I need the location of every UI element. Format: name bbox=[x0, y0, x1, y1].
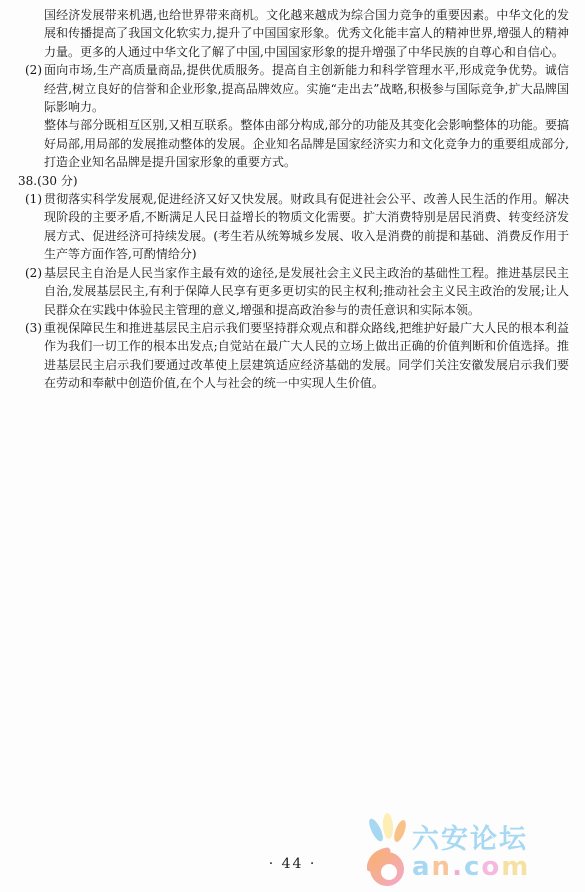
question-38-heading: 38.(30 分) bbox=[18, 172, 569, 190]
watermark-domain: an.com bbox=[412, 854, 530, 881]
q38-answer-paragraph-2: (2)基层民主自治是人民当家作主最有效的途径,是发展社会主义民主政治的基础性工程… bbox=[18, 264, 569, 319]
q38-answer-paragraph-3: (3)重视保障民生和推进基层民主启示我们要坚持群众观点和群众路线,把维护好最广大… bbox=[18, 319, 569, 393]
answer-marker: (1) bbox=[25, 190, 42, 208]
answer-marker: 38. bbox=[18, 174, 37, 188]
watermark-domain-letter: m bbox=[501, 852, 530, 882]
finger-yellow-icon bbox=[382, 813, 394, 839]
answer-text: 重视保障民生和推进基层民主启示我们要坚持群众观点和群众路线,把维护好最广大人民的… bbox=[44, 321, 569, 390]
six-ring-hole bbox=[381, 864, 397, 880]
watermark: 六安论坛 an.com bbox=[367, 813, 530, 891]
exam-answer-page: 国经济发展带来机遇,也给世界带来商机。文化越来越成为综合国力竞争的重要因素。中华… bbox=[0, 0, 585, 892]
answers-text-block: 国经济发展带来机遇,也给世界带来商机。文化越来越成为综合国力竞争的重要因素。中华… bbox=[18, 6, 569, 393]
watermark-domain-letter: c bbox=[464, 852, 481, 882]
watermark-site-name: 六安论坛 bbox=[412, 825, 530, 854]
answer-paragraph-2: (2)面向市场,生产高质量商品,提供优质服务。提高自主创新能力和科学管理水平,形… bbox=[18, 61, 569, 116]
answer-marker: (2) bbox=[25, 264, 42, 282]
answer-text: 贯彻落实科学发展观,促进经济又好又快发展。财政具有促进社会公平、改善人民生活的作… bbox=[44, 192, 569, 261]
answer-text: 基层民主自治是人民当家作主最有效的途径,是发展社会主义民主政治的基础性工程。推进… bbox=[44, 266, 569, 317]
whole-part-analysis-paragraph: 整体与部分既相互区别,又相互联系。整体由部分构成,部分的功能及其变化会影响整体的… bbox=[18, 116, 569, 171]
watermark-domain-letter: o bbox=[481, 852, 501, 882]
q38-answer-paragraph-1: (1)贯彻落实科学发展观,促进经济又好又快发展。财政具有促进社会公平、改善人民生… bbox=[18, 190, 569, 264]
watermark-text: 六安论坛 an.com bbox=[412, 825, 530, 881]
answer-text: (30 分) bbox=[37, 174, 77, 188]
watermark-domain-letter: . bbox=[452, 852, 464, 882]
answer-text: 整体与部分既相互区别,又相互联系。整体由部分构成,部分的功能及其变化会影响整体的… bbox=[44, 118, 569, 169]
answer-marker: (3) bbox=[25, 319, 42, 337]
finger-blue-icon bbox=[367, 817, 386, 843]
answer-text: 国经济发展带来机遇,也给世界带来商机。文化越来越成为综合国力竞争的重要因素。中华… bbox=[44, 8, 569, 59]
answer-text: 面向市场,生产高质量商品,提供优质服务。提高自主创新能力和科学管理水平,形成竞争… bbox=[44, 63, 569, 114]
watermark-domain-letter: a bbox=[412, 852, 432, 882]
answer-marker: (2) bbox=[25, 61, 42, 79]
continued-answer-paragraph: 国经济发展带来机遇,也给世界带来商机。文化越来越成为综合国力竞争的重要因素。中华… bbox=[18, 6, 569, 61]
6an-hand-logo-icon bbox=[367, 813, 409, 891]
watermark-domain-letter: n bbox=[432, 852, 453, 882]
finger-orange-icon bbox=[392, 819, 408, 844]
